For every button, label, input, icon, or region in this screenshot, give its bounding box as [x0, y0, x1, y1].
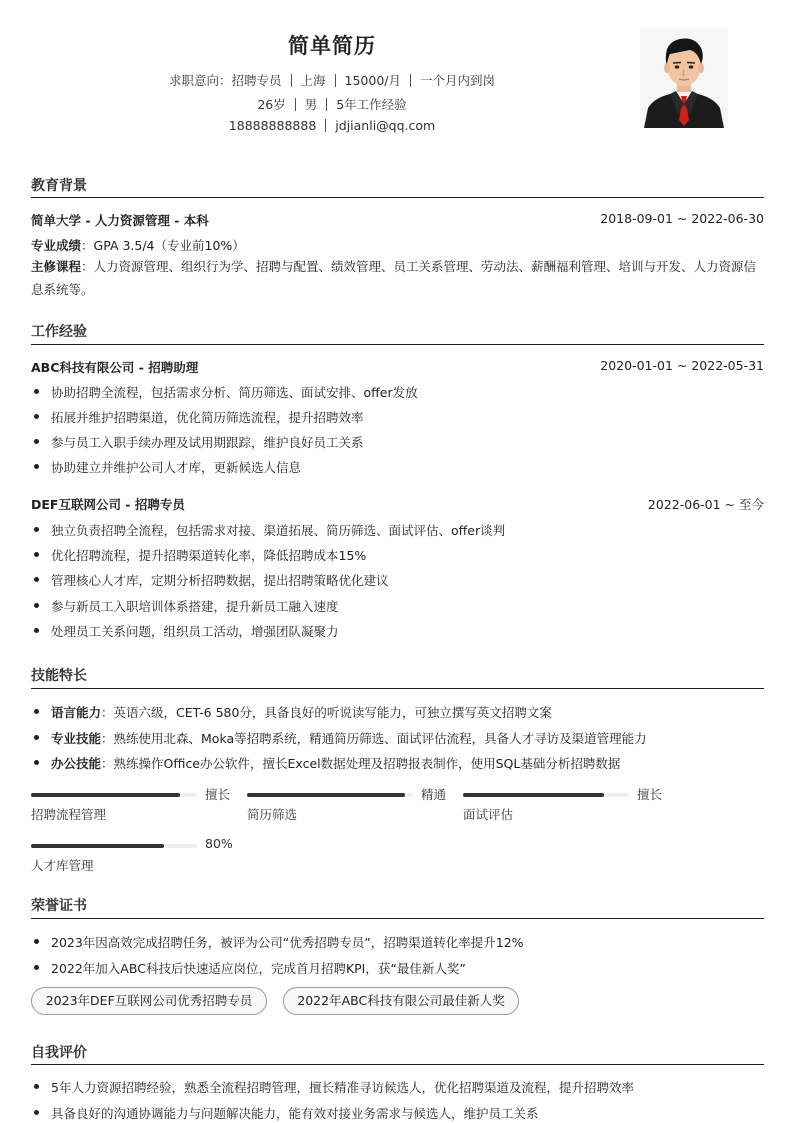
contact-line: 18888888888jdjianli@qq.com — [0, 118, 664, 133]
intent-city: 上海 — [301, 73, 326, 88]
skill-name: 简历筛选 — [247, 805, 297, 823]
bullet-icon — [34, 464, 39, 469]
section-title-skills: 技能特长 — [31, 665, 87, 685]
skill-bar: 擅长 招聘流程管理 — [31, 787, 241, 827]
section-divider — [31, 197, 764, 198]
job-title: ABC科技有限公司 - 招聘助理 — [31, 360, 198, 375]
skill-fill — [247, 793, 405, 797]
education-dates: 2018-09-01 ~ 2022-06-30 — [600, 211, 764, 226]
resume-name: 简单简历 — [0, 30, 664, 60]
skill-level: 擅长 — [205, 785, 230, 803]
experience-years: 5年工作经验 — [336, 97, 406, 112]
section-title-honors: 荣誉证书 — [31, 895, 87, 915]
skill-level: 80% — [205, 836, 233, 851]
skill-name: 人才库管理 — [31, 856, 94, 874]
job-dates: 2022-06-01 ~ 至今 — [648, 495, 764, 513]
section-title-work: 工作经验 — [31, 321, 87, 341]
section-title-education: 教育背景 — [31, 175, 87, 195]
bullet-icon — [34, 1084, 39, 1089]
bullet-icon — [34, 439, 39, 444]
separator — [325, 119, 326, 132]
intent-availability: 一个月内到岗 — [420, 73, 495, 88]
section-divider — [31, 918, 764, 919]
email: jdjianli@qq.com — [335, 118, 435, 133]
skill-track — [463, 793, 629, 797]
section-divider — [31, 688, 764, 689]
separator — [295, 98, 296, 111]
bullet-icon — [34, 939, 39, 944]
intent-position: 招聘专员 — [231, 73, 281, 88]
section-divider — [31, 1064, 764, 1065]
skill-bar: 80% 人才库管理 — [31, 838, 241, 878]
intent-label: 求职意向： — [169, 73, 232, 88]
bullet-icon — [34, 965, 39, 970]
skill-track — [31, 844, 197, 848]
education-courses: 主修课程：人力资源管理、组织行为学、招聘与配置、绩效管理、员工关系管理、劳动法、… — [31, 255, 764, 301]
separator — [335, 74, 336, 87]
skill-level: 精通 — [421, 785, 446, 803]
section-title-self-evaluation: 自我评价 — [31, 1042, 87, 1062]
honor-tag: 2023年DEF互联网公司优秀招聘专员 — [31, 987, 267, 1015]
avatar-photo-icon — [640, 28, 728, 128]
job-intent-line: 求职意向：招聘专员上海15000/月一个月内到岗 — [0, 71, 664, 89]
skill-fill — [31, 793, 180, 797]
education-gpa: 专业成绩：GPA 3.5/4（专业前10%） — [31, 236, 764, 254]
job-dates: 2020-01-01 ~ 2022-05-31 — [600, 358, 764, 373]
skill-track — [31, 793, 197, 797]
skill-bar: 擅长 面试评估 — [463, 787, 673, 827]
education-school-line: 简单大学 - 人力资源管理 - 本科 — [31, 213, 209, 228]
resume-header: 简单简历 求职意向：招聘专员上海15000/月一个月内到岗 26岁男5年工作经验… — [0, 0, 794, 150]
bullet-icon — [34, 735, 39, 740]
personal-info-line: 26岁男5年工作经验 — [0, 95, 664, 113]
courses-value: ：人力资源管理、组织行为学、招聘与配置、绩效管理、员工关系管理、劳动法、薪酬福利… — [31, 259, 756, 297]
bullet-icon — [34, 603, 39, 608]
bullet-icon — [34, 552, 39, 557]
bullet-icon — [34, 709, 39, 714]
bullet-icon — [34, 1110, 39, 1115]
separator — [291, 74, 292, 87]
phone: 18888888888 — [229, 118, 316, 133]
skill-fill — [31, 844, 164, 848]
intent-salary: 15000/月 — [345, 73, 401, 88]
bullet-icon — [34, 760, 39, 765]
skill-track — [247, 793, 413, 797]
gpa-label: 专业成绩 — [31, 238, 81, 253]
separator — [410, 74, 411, 87]
skill-name: 面试评估 — [463, 805, 513, 823]
bullet-icon — [34, 389, 39, 394]
job-title: DEF互联网公司 - 招聘专员 — [31, 497, 185, 512]
skill-name: 招聘流程管理 — [31, 805, 106, 823]
separator — [326, 98, 327, 111]
avatar — [640, 28, 728, 128]
bullet-icon — [34, 527, 39, 532]
skill-fill — [463, 793, 604, 797]
bullet-icon — [34, 577, 39, 582]
courses-label: 主修课程 — [31, 259, 81, 274]
job-entry-heading: DEF互联网公司 - 招聘专员 2022-06-01 ~ 至今 — [31, 495, 764, 513]
skill-level: 擅长 — [637, 785, 662, 803]
honor-tag: 2022年ABC科技有限公司最佳新人奖 — [283, 987, 519, 1015]
job-entry-heading: ABC科技有限公司 - 招聘助理 2020-01-01 ~ 2022-05-31 — [31, 358, 764, 376]
age: 26岁 — [257, 97, 285, 112]
skill-bar: 精通 简历筛选 — [247, 787, 457, 827]
bullet-icon — [34, 628, 39, 633]
gender: 男 — [305, 97, 318, 112]
section-divider — [31, 344, 764, 345]
education-entry: 简单大学 - 人力资源管理 - 本科 2018-09-01 ~ 2022-06-… — [31, 211, 764, 229]
gpa-value: ：GPA 3.5/4（专业前10%） — [81, 238, 245, 253]
bullet-icon — [34, 414, 39, 419]
